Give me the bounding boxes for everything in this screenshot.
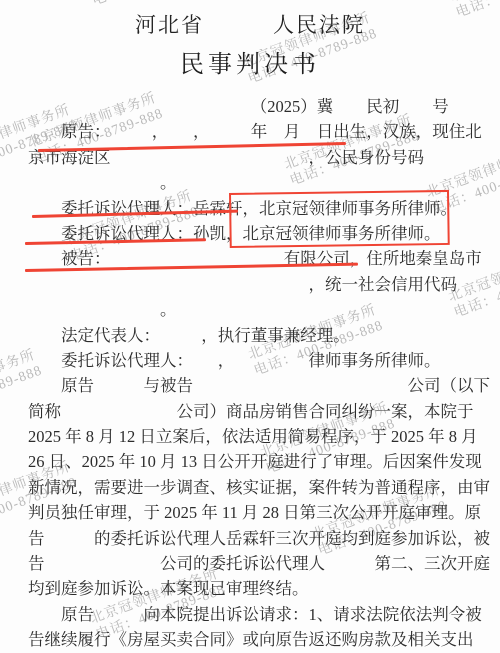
document-line: 告 的委托诉讼代理人岳霖轩三次开庭均到庭参加诉讼，被 [28,526,496,551]
document-line: 新情况，需要进一步调查、核实证据，案件转为普通程序，由审 [28,475,496,500]
document-line: 京市海淀区 ，公民身份号码 [28,145,496,170]
document-line: 告继续履行《房屋买卖合同》或向原告返还购房款及相关支出 [28,627,496,652]
document-line: 。 [28,170,496,195]
document-line: 委托诉讼代理人：岳霖轩，北京冠领律师事务所律师。 [28,196,496,221]
document-body: （2025）冀 民初 号 原告： ， ， 年 月 日出生，汉族，现住北京市海淀区… [28,94,496,653]
document-line: 原告 与被告 公司（以下 [28,373,496,398]
document-line: 简称 公司）商品房销售合同纠纷一案，本院于 [28,399,496,424]
document-line: 2025 年 8 月 12 日立案后，依法适用简易程序，于 2025 年 8 月 [28,424,496,449]
document-line: 原告： ， ， 年 月 日出生，汉族，现住北 [28,119,496,144]
document-line: 。 [28,297,496,322]
document-line: ，统一社会信用代码 [28,272,496,297]
document-line: 法定代表人： ，执行董事兼经理。 [28,323,496,348]
document-title: 民事判决书 [0,44,500,79]
document-line: 委托诉讼代理人： ， 律师事务所律师。 [28,348,496,373]
document-line: （2025）冀 民初 号 [28,94,496,119]
court-name: 河北省 人民法院 [0,9,500,39]
document-line: 26 日、2025 年 10 月 13 日公开开庭进行了审理。后因案件发现 [28,449,496,474]
document-line: 原告 向本院提出诉讼请求：1、请求法院依法判令被 [28,602,496,627]
judgment-document-page: 北京冠领律师事务所电话：400-8789-888北京冠领律师事务所电话：400-… [0,0,500,653]
document-line: 委托诉讼代理人：孙凯，北京冠领律师事务所律师。 [28,221,496,246]
document-line: 被告： 有限公司，住所地秦皇岛市 [28,246,496,271]
document-line: 均到庭参加诉讼。本案现已审理终结。 [28,576,496,601]
document-line: 告 公司的委托诉讼代理人 第二、三次开庭 [28,551,496,576]
document-layer: 河北省 人民法院 民事判决书 （2025）冀 民初 号 原告： ， ， 年 月 … [0,0,500,653]
document-line: 判员独任审理，于 2025 年 11 月 28 日第三次公开开庭审理。原 [28,500,496,525]
